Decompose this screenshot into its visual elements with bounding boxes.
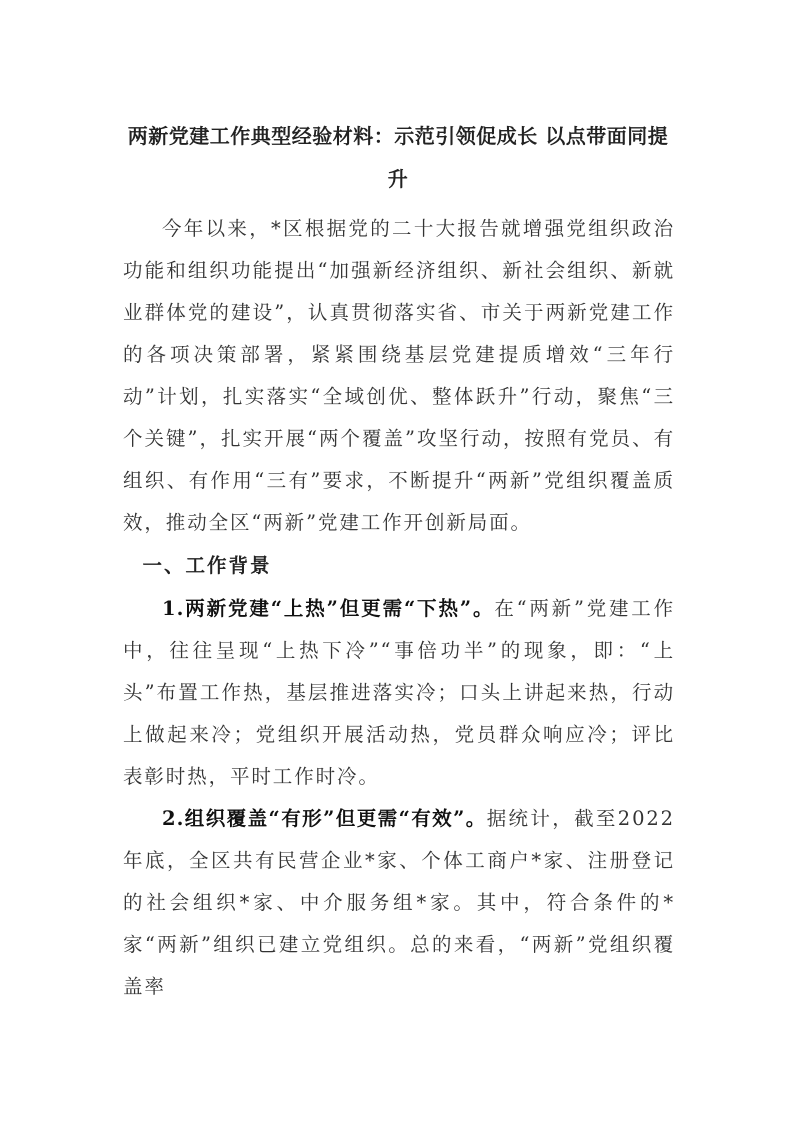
section-heading-background: 一、工作背景 xyxy=(123,544,675,588)
item-paragraph-2: 2.组织覆盖“有形”但更需“有效”。据统计，截至2022年底，全区共有民营企业*… xyxy=(123,798,675,1008)
intro-paragraph: 今年以来，*区根据党的二十大报告就增强党组织政治功能和组织功能提出“加强新经济组… xyxy=(123,208,675,544)
item-lead-1: 1.两新党建“上热”但更需“下热”。 xyxy=(162,597,494,620)
document-body: 今年以来，*区根据党的二十大报告就增强党组织政治功能和组织功能提出“加强新经济组… xyxy=(123,208,675,1008)
document-page: 两新党建工作典型经验材料：示范引领促成长 以点带面同提升 今年以来，*区根据党的… xyxy=(0,0,793,1122)
item-paragraph-1: 1.两新党建“上热”但更需“下热”。在“两新”党建工作中，往往呈现“上热下冷”“… xyxy=(123,588,675,798)
document-title: 两新党建工作典型经验材料：示范引领促成长 以点带面同提升 xyxy=(118,115,678,201)
item-lead-2: 2.组织覆盖“有形”但更需“有效”。 xyxy=(162,807,487,830)
item-text-2: 据统计，截至2022年底，全区共有民营企业*家、个体工商户*家、注册登记的社会组… xyxy=(123,807,675,998)
item-text-1: 在“两新”党建工作中，往往呈现“上热下冷”“事倍功半”的现象，即：“上头”布置工… xyxy=(123,597,675,788)
